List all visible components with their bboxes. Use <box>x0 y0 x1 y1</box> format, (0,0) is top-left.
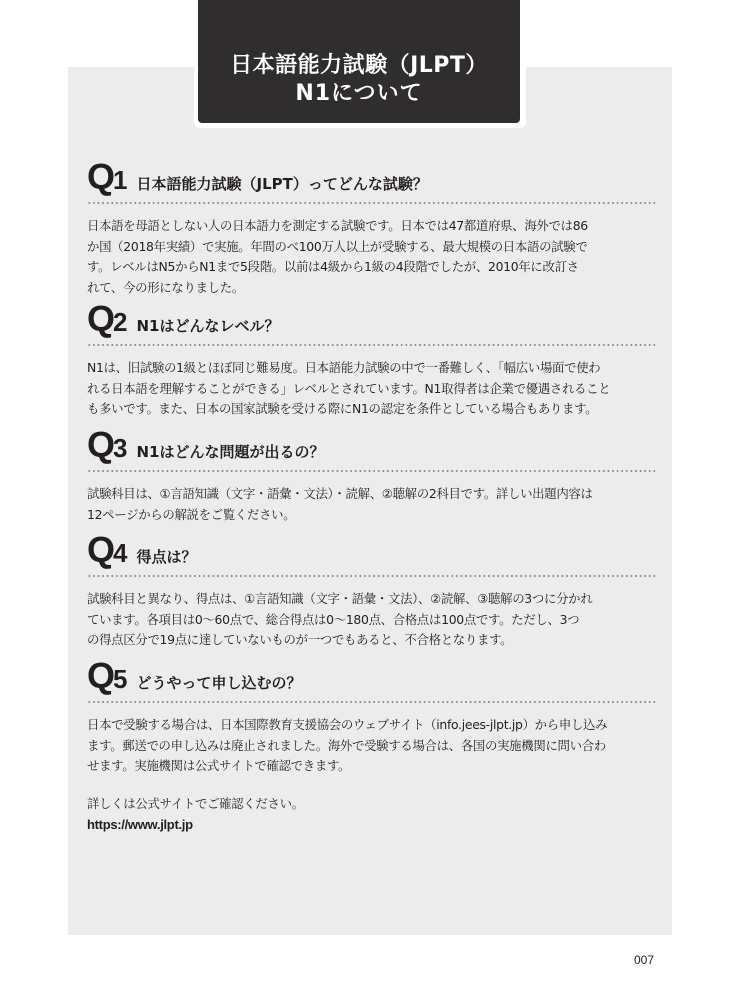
question-heading: Q2 N1はどんなレベル？ <box>87 302 657 336</box>
page-title-line1: 日本語能力試験（JLPT） <box>198 52 520 80</box>
question-heading: Q4 得点は？ <box>87 533 657 567</box>
question-heading: Q5 どうやって申し込むの？ <box>87 659 657 693</box>
dotted-divider <box>87 470 657 472</box>
question-badge: Q3 <box>87 428 127 465</box>
qa-section-4: Q4 得点は？ 試験科目と異なり、得点は、①言語知識（文字・語彙・文法）、②読解… <box>87 533 657 651</box>
question-title: どうやって申し込むの？ <box>136 672 301 693</box>
answer-text: 日本で受験する場合は、日本国際教育支援協会のウェブサイト（info.jees-j… <box>87 715 657 777</box>
dotted-divider <box>87 202 657 204</box>
official-site-link[interactable]: https://www.jlpt.jp <box>87 815 304 836</box>
answer-text: 試験科目と異なり、得点は、①言語知識（文字・語彙・文法）、②読解、③聴解の3つに… <box>87 589 657 651</box>
dotted-divider <box>87 344 657 346</box>
answer-text: 試験科目は、①言語知識（文字・語彙・文法）・読解、②聴解の2科目です。詳しい出題… <box>87 484 657 525</box>
question-title: 得点は？ <box>136 546 196 567</box>
question-badge: Q2 <box>87 302 127 339</box>
question-heading: Q3 N1はどんな問題が出るの？ <box>87 428 657 462</box>
footer-note: 詳しくは公式サイトでご確認ください。 https://www.jlpt.jp <box>87 794 304 835</box>
footer-note-text: 詳しくは公式サイトでご確認ください。 <box>87 796 304 811</box>
page-title: 日本語能力試験（JLPT） N1について <box>198 0 520 123</box>
qa-section-5: Q5 どうやって申し込むの？ 日本で受験する場合は、日本国際教育支援協会のウェブ… <box>87 659 657 777</box>
qa-section-3: Q3 N1はどんな問題が出るの？ 試験科目は、①言語知識（文字・語彙・文法）・読… <box>87 428 657 525</box>
question-title: N1はどんな問題が出るの？ <box>136 441 324 462</box>
dotted-divider <box>87 575 657 577</box>
question-badge: Q4 <box>87 533 127 570</box>
answer-text: N1は、旧試験の1級とほぼ同じ難易度。日本語能力試験の中で一番難しく、「幅広い場… <box>87 358 657 420</box>
page-number: 007 <box>634 953 654 967</box>
answer-text: 日本語を母語としない人の日本語力を測定する試験です。日本では47都道府県、海外で… <box>87 216 657 298</box>
qa-section-1: Q1 日本語能力試験（JLPT）ってどんな試験？ 日本語を母語としない人の日本語… <box>87 160 657 298</box>
dotted-divider <box>87 701 657 703</box>
page-title-line2: N1について <box>198 80 520 108</box>
question-heading: Q1 日本語能力試験（JLPT）ってどんな試験？ <box>87 160 657 194</box>
question-title: 日本語能力試験（JLPT）ってどんな試験？ <box>136 173 427 194</box>
question-title: N1はどんなレベル？ <box>136 315 279 336</box>
qa-section-2: Q2 N1はどんなレベル？ N1は、旧試験の1級とほぼ同じ難易度。日本語能力試験… <box>87 302 657 420</box>
question-badge: Q1 <box>87 160 127 197</box>
question-badge: Q5 <box>87 659 127 696</box>
